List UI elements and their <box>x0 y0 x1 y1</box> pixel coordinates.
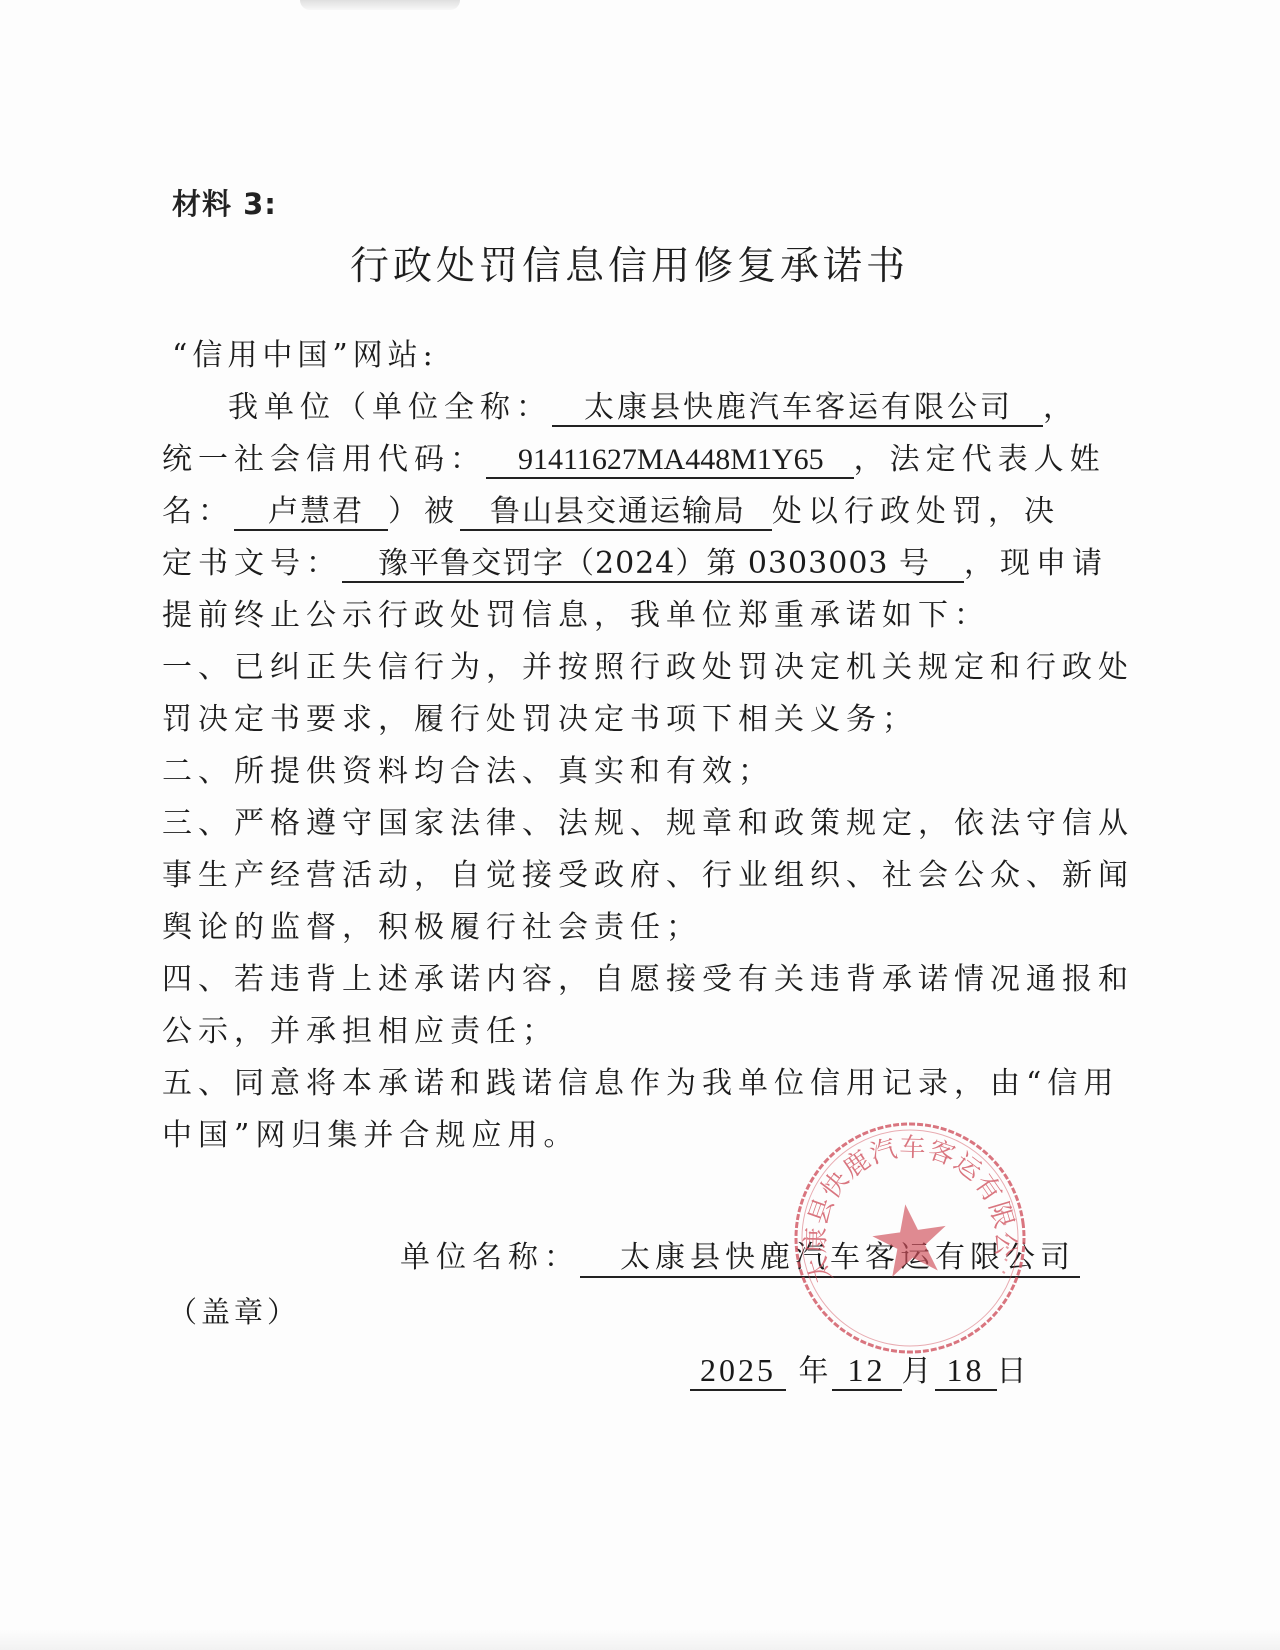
intro-line-4: 定书文号：豫平鲁交罚字（2024）第 0303003 号，现申请 <box>162 546 1108 583</box>
intro-line-1: 我单位（单位全称：太康县快鹿汽车客运有限公司， <box>228 390 1079 427</box>
company-full-name-field: 太康县快鹿汽车客运有限公司 <box>552 391 1043 427</box>
intro-line-3-mid: ）被 <box>388 494 460 529</box>
commitment-3-line-1: 三、严格遵守国家法律、法规、规章和政策规定，依法守信从 <box>162 806 1134 842</box>
document-title: 行政处罚信息信用修复承诺书 <box>350 235 909 291</box>
document-page: 材料 3: 行政处罚信息信用修复承诺书 “信用中国”网站: 我单位（单位全称：太… <box>0 0 1280 1650</box>
penalty-authority-field: 鲁山县交通运输局 <box>460 495 772 531</box>
intro-line-2: 统一社会信用代码：91411627MA448M1Y65，法定代表人姓 <box>162 442 1106 479</box>
salutation: “信用中国”网站: <box>172 338 438 374</box>
date-month: 12 <box>832 1352 902 1391</box>
commitment-5-line-2: 中国”网归集并合规应用。 <box>162 1118 579 1154</box>
intro-line-3-suffix: 处以行政处罚，决 <box>772 494 1060 529</box>
scan-artifact-top <box>300 0 460 10</box>
date-line: 2025 年12月18日 <box>690 1346 1030 1391</box>
commitment-5-line-1: 五、同意将本承诺和践诺信息作为我单位信用记录，由“信用 <box>162 1066 1119 1102</box>
date-year: 2025 <box>690 1352 786 1391</box>
signature-line: 单位名称：太康县快鹿汽车客运有限公司 <box>400 1232 1080 1278</box>
date-day: 18 <box>935 1352 997 1391</box>
intro-line-3: 名：卢慧君）被鲁山县交通运输局处以行政处罚，决 <box>162 494 1060 531</box>
date-day-unit: 日 <box>997 1354 1030 1389</box>
signature-label: 单位名称： <box>400 1240 580 1275</box>
intro-line-5: 提前终止公示行政处罚信息，我单位郑重承诺如下： <box>162 598 990 634</box>
date-year-unit: 年 <box>799 1354 832 1389</box>
intro-line-3-prefix: 名： <box>162 494 234 529</box>
commitment-1-line-2: 罚决定书要求，履行处罚决定书项下相关义务； <box>162 702 918 738</box>
commitment-4-line-1: 四、若违背上述承诺内容，自愿接受有关违背承诺情况通报和 <box>162 962 1134 998</box>
credit-code-field: 91411627MA448M1Y65 <box>486 443 854 479</box>
seal-label: （盖章） <box>168 1290 300 1331</box>
intro-line-4-prefix: 定书文号： <box>162 546 342 581</box>
intro-line-4-suffix: ，现申请 <box>964 546 1108 581</box>
date-month-unit: 月 <box>902 1354 935 1389</box>
intro-line-1-prefix: 我单位（单位全称： <box>228 390 552 425</box>
commitment-3-line-3: 舆论的监督，积极履行社会责任； <box>162 910 702 946</box>
commitment-1-line-1: 一、已纠正失信行为，并按照行政处罚决定机关规定和行政处 <box>162 650 1134 686</box>
commitment-3-line-2: 事生产经营活动，自觉接受政府、行业组织、社会公众、新闻 <box>162 858 1134 894</box>
commitment-2-line-1: 二、所提供资料均合法、真实和有效； <box>162 754 774 790</box>
scan-artifact-bottom <box>0 1630 1280 1650</box>
intro-line-2-suffix: ，法定代表人姓 <box>854 442 1106 477</box>
signature-company-name: 太康县快鹿汽车客运有限公司 <box>580 1232 1080 1278</box>
legal-representative-field: 卢慧君 <box>234 495 388 531</box>
material-label: 材料 3: <box>172 182 277 223</box>
commitment-4-line-2: 公示，并承担相应责任； <box>162 1014 558 1050</box>
intro-line-2-prefix: 统一社会信用代码： <box>162 442 486 477</box>
intro-line-1-suffix: ， <box>1043 390 1079 425</box>
decision-number-field: 豫平鲁交罚字（2024）第 0303003 号 <box>342 547 964 583</box>
